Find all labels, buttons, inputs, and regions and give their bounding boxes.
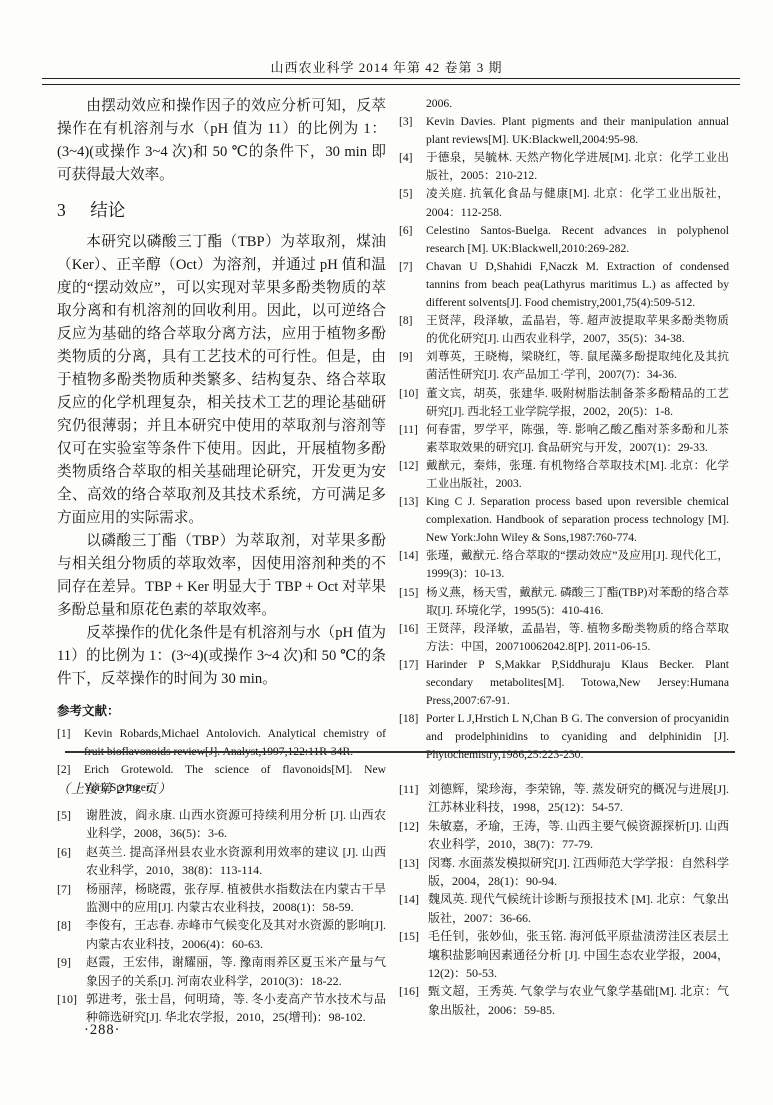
page-number: ·288· [84, 1022, 120, 1039]
reference-number: [6] [57, 843, 71, 861]
reference-text: Kevin Davies. Plant pigments and their m… [426, 115, 729, 146]
reference-text: 甄文超，王秀英. 气象学与农业气象学基础[M]. 北京：气象出版社，2006：5… [428, 984, 729, 1016]
reference-item: [14] 张瑾，戴猷元. 络合萃取的“摆动效应”及应用[J]. 现代化工，199… [399, 547, 729, 583]
reference-number: [2] [57, 761, 71, 779]
reference-item: [4] 于德泉，吴毓林. 天然产物化学进展[M]. 北京：化学工业出版社，200… [399, 149, 729, 185]
reference-text: Porter L J,Hrstich L N,Chan B G. The con… [426, 712, 729, 761]
reference-text: Kevin Robards,Michael Antolovich. Analyt… [84, 727, 386, 758]
reference-number: [10] [399, 385, 418, 403]
continued-right-column: [11] 刘德辉，梁珍海，李荣锦，等. 蒸发研究的概况与进展[J]. 江苏林业科… [399, 780, 729, 1019]
reference-text: 何春雷，罗学平，陈强，等. 影响乙酸乙酯对茶多酚和儿茶素萃取效果的研究[J]. … [426, 423, 729, 454]
reference-number: [16] [399, 982, 419, 1000]
reference-number: [6] [399, 222, 413, 240]
journal-page: 山西农业科学 2014 年第 42 卷第 3 期 由摆动效应和操作因子的效应分析… [0, 0, 773, 1105]
reference-text: 刘尊英，王晓梅，梁晓红，等. 鼠尾藻多酚提取纯化及其抗菌活性研究[J]. 农产品… [426, 350, 729, 381]
reference-number: [11] [399, 421, 418, 439]
reference-text: 李俊有，王志春. 赤峰市气候变化及其对水资源的影响[J]. 内蒙古农业科技，20… [86, 918, 386, 950]
reference-item: [9] 赵霞，王宏伟，谢耀丽，等. 豫南雨养区夏玉米产量与气象因子的关系[J].… [57, 953, 386, 990]
article-divider-rule [65, 751, 735, 753]
reference-item: 2006. [399, 95, 729, 113]
paragraph-conclusion-1: 本研究以磷酸三丁酯（TBP）为萃取剂，煤油（Ker）、正辛醇（Oct）为溶剂，并… [57, 231, 386, 530]
reference-item: [8] 王贤萍，段泽敏，孟晶岩，等. 超声波提取苹果多酚类物质的优化研究[J].… [399, 312, 729, 348]
paragraph-conclusion-2: 以磷酸三丁酯（TBP）为萃取剂，对苹果多酚与相关组分物质的萃取效率，因使用溶剂种… [57, 530, 386, 622]
reference-number: [18] [399, 710, 418, 728]
reference-number: [12] [399, 457, 418, 475]
reference-text: 刘德辉，梁珍海，李荣锦，等. 蒸发研究的概况与进展[J]. 江苏林业科技，199… [428, 782, 729, 814]
section-title: 结论 [90, 200, 125, 220]
reference-number: [3] [399, 113, 413, 131]
right-column: 2006. [3] Kevin Davies. Plant pigments a… [399, 95, 729, 764]
paragraph-conclusion-3: 反萃操作的优化条件是有机溶剂与水（pH 值为 11）的比例为 1：(3~4)(或… [57, 622, 386, 691]
reference-number: [5] [399, 185, 413, 203]
reference-number: [8] [57, 916, 71, 934]
reference-number: [12] [399, 817, 419, 835]
reference-item: [15] 毛任钊，张妙仙，张玉铭. 海河低平原盐渍涝洼区表层土壤积盐影响因素通径… [399, 927, 729, 982]
reference-text: 赵英兰. 提高泽州县农业水资源利用效率的建议 [J]. 山西农业科学，2010，… [86, 845, 386, 877]
reference-number: [10] [57, 990, 77, 1008]
continued-from-note: （上接第 279 页） [57, 778, 172, 797]
reference-item: [7] 杨丽萍，杨晓霞，张存厚. 植被供水指数法在内蒙古干旱监测中的应用[J].… [57, 880, 386, 917]
continued-reference-list-right: [11] 刘德辉，梁珍海，李荣锦，等. 蒸发研究的概况与进展[J]. 江苏林业科… [399, 780, 729, 1019]
continued-left-column: [5] 谢胜波，阎永康. 山西水资源可持续利用分析 [J]. 山西农业科学，20… [57, 806, 386, 1027]
reference-text: Chavan U D,Shahidi F,Naczk M. Extraction… [426, 260, 729, 309]
reference-number: [14] [399, 547, 418, 565]
reference-item: [15] 杨义燕，杨天雪，戴猷元. 磷酸三丁酯(TBP)对苯酚的络合萃取[J].… [399, 584, 729, 620]
reference-number: [9] [57, 953, 71, 971]
reference-text: King C J. Separation process based upon … [426, 495, 729, 544]
reference-text: 董文宾，胡英，张建华. 吸附树脂法制备茶多酚精品的工艺研究[J]. 西北轻工业学… [426, 387, 729, 418]
reference-number: [1] [57, 725, 71, 743]
reference-text: 王贤萍，段泽敏，孟晶岩，等. 植物多酚类物质的络合萃取方法：中国，2007100… [426, 622, 729, 653]
reference-text: 赵霞，王宏伟，谢耀丽，等. 豫南雨养区夏玉米产量与气象因子的关系[J]. 河南农… [86, 955, 386, 987]
reference-text: Harinder P S,Makkar P,Siddhuraju Klaus B… [426, 658, 729, 707]
reference-text: 于德泉，吴毓林. 天然产物化学进展[M]. 北京：化学工业出版社，2005：21… [426, 151, 729, 182]
reference-text: 王贤萍，段泽敏，孟晶岩，等. 超声波提取苹果多酚类物质的优化研究[J]. 山西农… [426, 314, 729, 345]
reference-item: [17] Harinder P S,Makkar P,Siddhuraju Kl… [399, 656, 729, 710]
reference-number: [7] [399, 258, 413, 276]
reference-text: 毛任钊，张妙仙，张玉铭. 海河低平原盐渍涝洼区表层土壤积盐影响因素通径分析 [J… [428, 929, 729, 980]
reference-text: 朱敏嘉，矛瑜，王涛，等. 山西主要气候资源探析[J]. 山西农业科学，2010，… [428, 819, 729, 851]
paragraph-swing-effect: 由摆动效应和操作因子的效应分析可知，反萃操作在有机溶剂与水（pH 值为 11）的… [57, 95, 386, 187]
reference-item: [7] Chavan U D,Shahidi F,Naczk M. Extrac… [399, 258, 729, 312]
reference-item: [3] Kevin Davies. Plant pigments and the… [399, 113, 729, 149]
reference-number: [4] [399, 149, 413, 167]
reference-number: [13] [399, 854, 419, 872]
references-heading: 参考文献： [57, 701, 386, 721]
reference-text: 杨义燕，杨天雪，戴猷元. 磷酸三丁酯(TBP)对苯酚的络合萃取[J]. 环境化学… [426, 586, 729, 617]
reference-item: [12] 戴猷元，秦炜，张瑾. 有机物络合萃取技术[M]. 北京：化学工业出版社… [399, 457, 729, 493]
section-number: 3 [57, 200, 66, 220]
reference-item: [18] Porter L J,Hrstich L N,Chan B G. Th… [399, 710, 729, 764]
reference-number: [17] [399, 656, 418, 674]
reference-number: [11] [399, 780, 419, 798]
reference-number: [8] [399, 312, 413, 330]
reference-number: [15] [399, 584, 418, 602]
reference-item: [5] 谢胜波，阎永康. 山西水资源可持续利用分析 [J]. 山西农业科学，20… [57, 806, 386, 843]
reference-item: [8] 李俊有，王志春. 赤峰市气候变化及其对水资源的影响[J]. 内蒙古农业科… [57, 916, 386, 953]
reference-text: 闵骞. 水面蒸发模拟研究[J]. 江西师范大学学报：自然科学版，2004，28(… [428, 856, 729, 888]
reference-number: [16] [399, 620, 418, 638]
reference-text: 2006. [426, 97, 452, 110]
reference-number: [5] [57, 806, 71, 824]
reference-text: 戴猷元，秦炜，张瑾. 有机物络合萃取技术[M]. 北京：化学工业出版社，2003… [426, 459, 729, 490]
reference-item: [6] Celestino Santos-Buelga. Recent adva… [399, 222, 729, 258]
reference-text: 魏凤英. 现代气候统计诊断与预报技术 [M]. 北京：气象出版社，2007：36… [428, 892, 729, 924]
reference-number: [9] [399, 348, 413, 366]
continued-reference-list-left: [5] 谢胜波，阎永康. 山西水资源可持续利用分析 [J]. 山西农业科学，20… [57, 806, 386, 1027]
reference-text: Celestino Santos-Buelga. Recent advances… [426, 224, 729, 255]
reference-text: 谢胜波，阎永康. 山西水资源可持续利用分析 [J]. 山西农业科学，2008，3… [86, 808, 386, 840]
left-column: 由摆动效应和操作因子的效应分析可知，反萃操作在有机溶剂与水（pH 值为 11）的… [57, 95, 386, 797]
reference-item: [6] 赵英兰. 提高泽州县农业水资源利用效率的建议 [J]. 山西农业科学，2… [57, 843, 386, 880]
reference-text: 郭进考，张士昌，何明琦，等. 冬小麦高产节水技术与品种筛选研究[J]. 华北农学… [86, 992, 386, 1024]
reference-list-right: 2006. [3] Kevin Davies. Plant pigments a… [399, 95, 729, 764]
reference-number: [14] [399, 890, 419, 908]
reference-number: [15] [399, 927, 419, 945]
header-rule [42, 78, 740, 85]
reference-item: [11] 刘德辉，梁珍海，李荣锦，等. 蒸发研究的概况与进展[J]. 江苏林业科… [399, 780, 729, 817]
reference-text: 张瑾，戴猷元. 络合萃取的“摆动效应”及应用[J]. 现代化工，1999(3)：… [426, 549, 729, 580]
reference-number: [7] [57, 880, 71, 898]
section-heading-conclusion: 3结论 [57, 198, 386, 222]
reference-item: [16] 王贤萍，段泽敏，孟晶岩，等. 植物多酚类物质的络合萃取方法：中国，20… [399, 620, 729, 656]
reference-item: [13] King C J. Separation process based … [399, 493, 729, 547]
reference-item: [14] 魏凤英. 现代气候统计诊断与预报技术 [M]. 北京：气象出版社，20… [399, 890, 729, 927]
reference-item: [10] 董文宾，胡英，张建华. 吸附树脂法制备茶多酚精品的工艺研究[J]. 西… [399, 385, 729, 421]
reference-item: [9] 刘尊英，王晓梅，梁晓红，等. 鼠尾藻多酚提取纯化及其抗菌活性研究[J].… [399, 348, 729, 384]
reference-item: [16] 甄文超，王秀英. 气象学与农业气象学基础[M]. 北京：气象出版社，2… [399, 982, 729, 1019]
reference-item: [1] Kevin Robards,Michael Antolovich. An… [57, 725, 386, 761]
reference-item: [11] 何春雷，罗学平，陈强，等. 影响乙酸乙酯对茶多酚和儿茶素萃取效果的研究… [399, 421, 729, 457]
reference-item: [12] 朱敏嘉，矛瑜，王涛，等. 山西主要气候资源探析[J]. 山西农业科学，… [399, 817, 729, 854]
reference-item: [5] 凌关庭. 抗氧化食品与健康[M]. 北京：化学工业出版社，2004：11… [399, 185, 729, 221]
reference-text: 杨丽萍，杨晓霞，张存厚. 植被供水指数法在内蒙古干旱监测中的应用[J]. 内蒙古… [86, 882, 386, 914]
running-head: 山西农业科学 2014 年第 42 卷第 3 期 [0, 57, 773, 76]
reference-item: [13] 闵骞. 水面蒸发模拟研究[J]. 江西师范大学学报：自然科学版，200… [399, 854, 729, 891]
reference-number: [13] [399, 493, 418, 511]
reference-text: 凌关庭. 抗氧化食品与健康[M]. 北京：化学工业出版社，2004：112-25… [426, 187, 729, 218]
